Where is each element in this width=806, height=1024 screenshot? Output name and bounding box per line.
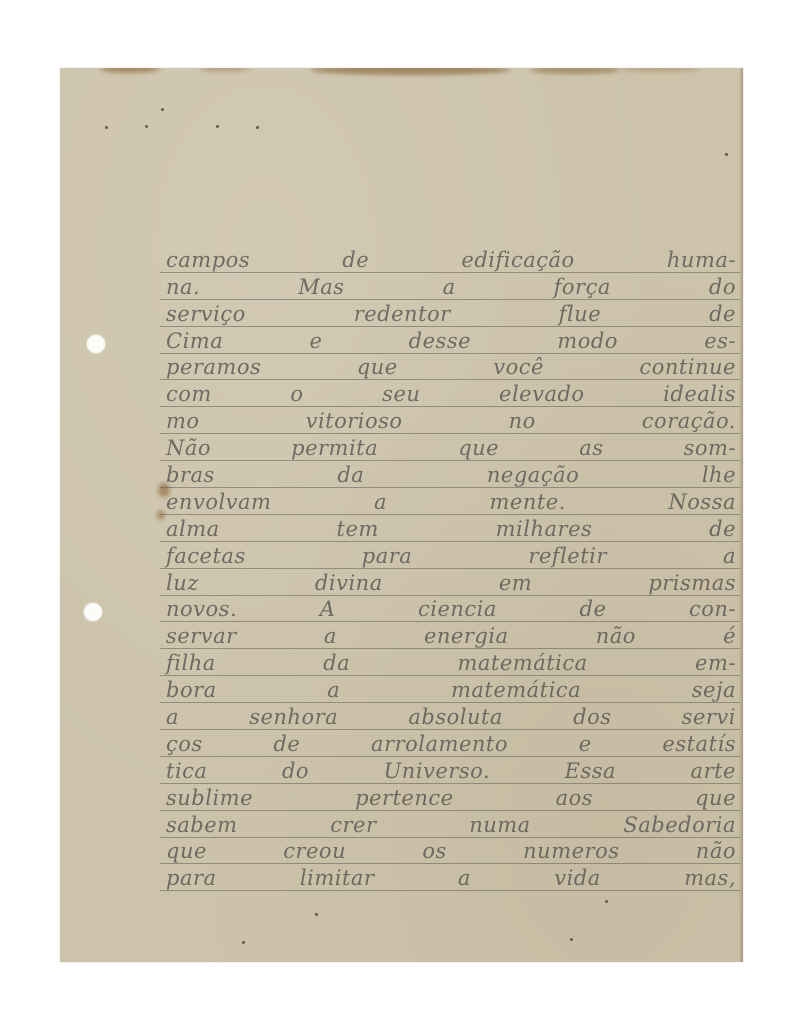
handwritten-line: bora a matemática seja xyxy=(166,679,736,701)
manuscript-page: campos de edificação huma- na. Mas a for… xyxy=(60,68,743,962)
ruled-line: peramos que você continue xyxy=(160,354,740,381)
paper-speck xyxy=(725,153,728,156)
ruled-line: bras da negação lhe xyxy=(160,461,740,488)
ruled-line: facetas para refletir a xyxy=(160,542,740,569)
ruled-line: luz divina em prismas xyxy=(160,569,740,596)
handwritten-line: servar a energia não é xyxy=(166,625,736,647)
handwritten-line: tica do Universo. Essa arte xyxy=(166,760,736,782)
paper-speck xyxy=(256,126,259,129)
handwritten-line: bras da negação lhe xyxy=(166,464,736,486)
ruled-line: para limitar a vida mas, xyxy=(160,864,740,891)
ruled-line: mo vitorioso no coração. xyxy=(160,407,740,434)
ruled-line: sabem crer numa Sabedoria xyxy=(160,811,740,838)
handwritten-line: a senhora absoluta dos servi xyxy=(166,706,736,728)
paper-speck xyxy=(242,941,245,944)
ruled-line: com o seu elevado idealis xyxy=(160,380,740,407)
handwritten-line: serviço redentor flue de xyxy=(166,303,736,325)
paper-speck xyxy=(605,900,608,903)
handwritten-line: luz divina em prismas xyxy=(166,572,736,594)
ruled-line: a senhora absoluta dos servi xyxy=(160,703,740,730)
ruled-line: ços de arrolamento e estatís xyxy=(160,730,740,757)
handwritten-line: peramos que você continue xyxy=(166,356,736,378)
age-stain xyxy=(310,68,510,75)
punch-hole-bottom xyxy=(84,603,102,621)
ruled-line: bora a matemática seja xyxy=(160,676,740,703)
ruled-text-block: campos de edificação huma- na. Mas a for… xyxy=(160,246,740,891)
age-stain xyxy=(530,68,620,74)
paper-speck xyxy=(570,938,573,941)
handwritten-line: novos. A ciencia de con- xyxy=(166,598,736,620)
ruled-line: serviço redentor flue de xyxy=(160,300,740,327)
handwritten-line: Cima e desse modo es- xyxy=(166,330,736,352)
handwritten-line: na. Mas a força do xyxy=(166,276,736,298)
ruled-line: Não permita que as som- xyxy=(160,434,740,461)
handwritten-line: sublime pertence aos que xyxy=(166,787,736,809)
ruled-line: campos de edificação huma- xyxy=(160,246,740,273)
handwritten-line: mo vitorioso no coração. xyxy=(166,410,736,432)
handwritten-line: para limitar a vida mas, xyxy=(166,867,736,889)
ruled-line: servar a energia não é xyxy=(160,622,740,649)
scan-canvas: campos de edificação huma- na. Mas a for… xyxy=(0,0,806,1024)
paper-speck xyxy=(105,126,108,129)
handwritten-line: facetas para refletir a xyxy=(166,545,736,567)
ruled-line: alma tem milhares de xyxy=(160,515,740,542)
age-stain xyxy=(200,68,250,72)
handwritten-line: com o seu elevado idealis xyxy=(166,383,736,405)
age-stain xyxy=(100,68,160,73)
handwritten-line: campos de edificação huma- xyxy=(166,249,736,271)
ruled-line: filha da matemática em- xyxy=(160,649,740,676)
handwritten-line: que creou os numeros não xyxy=(166,840,736,862)
ruled-line: Cima e desse modo es- xyxy=(160,327,740,354)
handwritten-line: alma tem milhares de xyxy=(166,518,736,540)
handwritten-line: Não permita que as som- xyxy=(166,437,736,459)
handwritten-line: sabem crer numa Sabedoria xyxy=(166,814,736,836)
paper-speck xyxy=(315,913,318,916)
ruled-line: novos. A ciencia de con- xyxy=(160,596,740,623)
ruled-line: sublime pertence aos que xyxy=(160,784,740,811)
ruled-line: na. Mas a força do xyxy=(160,273,740,300)
paper-speck xyxy=(216,125,219,128)
ruled-line: que creou os numeros não xyxy=(160,838,740,865)
ruled-line: tica do Universo. Essa arte xyxy=(160,757,740,784)
age-stain xyxy=(620,68,700,72)
ruled-line: envolvam a mente. Nossa xyxy=(160,488,740,515)
paper-speck xyxy=(161,108,164,111)
punch-hole-top xyxy=(87,335,105,353)
handwritten-line: ços de arrolamento e estatís xyxy=(166,733,736,755)
paper-speck xyxy=(145,125,148,128)
handwritten-line: filha da matemática em- xyxy=(166,652,736,674)
handwritten-line: envolvam a mente. Nossa xyxy=(166,491,736,513)
